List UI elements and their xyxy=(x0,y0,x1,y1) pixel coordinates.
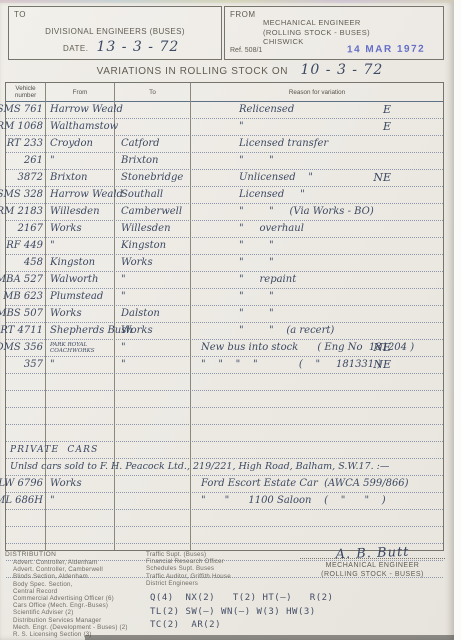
table-cell: DMS 356 xyxy=(6,340,45,356)
list-item: Mech. Engr. (Development - Buses) (2) xyxy=(13,624,128,631)
table-row: RM 2183WillesdenCamberwell" " (Via Works… xyxy=(6,204,443,221)
scan-noise-strip xyxy=(0,0,461,3)
table-rows: SMS 761Harrow WealdRelicensedERM 1068Wal… xyxy=(6,102,443,578)
table-cell: Kingston xyxy=(46,255,118,271)
table-cell: Kingston xyxy=(115,238,196,254)
table-row: SMS 761Harrow WealdRelicensedE xyxy=(6,102,443,119)
table-cell: 357 xyxy=(6,357,45,373)
distribution-title: DISTRIBUTION xyxy=(5,551,56,558)
list-item: District Engineers xyxy=(146,580,231,587)
table-row: 3872BrixtonStonebridgeUnlicensed "NE xyxy=(6,170,443,187)
table-row: RF 449"Kingston" " xyxy=(6,238,443,255)
table-cell: Unlsd cars sold to F. H. Peacock Ltd., 2… xyxy=(10,459,440,475)
table-cell: Willesden xyxy=(46,204,118,220)
list-item: Cars Office (Mech. Engr.-Buses) xyxy=(13,602,128,609)
list-item: Central Record xyxy=(13,588,128,595)
table-cell: " xyxy=(115,357,196,373)
page-title: VARIATIONS IN ROLLING STOCK ON 10 - 3 - … xyxy=(0,61,454,79)
distribution-list: Advert. Controller, AldenhamAdvert. Cont… xyxy=(13,559,128,638)
table-row: AML 686H"" " 1100 Saloon ( " " ) xyxy=(6,493,443,510)
table-cell: "E xyxy=(191,119,395,135)
table-row: RM 1068Walthamstow"E xyxy=(6,119,443,136)
table-cell: RM 2183 xyxy=(6,204,45,220)
table-row: 357""" " " " ( " 181331 )NE xyxy=(6,357,443,374)
list-item: Scientific Adviser (2) xyxy=(13,609,128,616)
table-cell: RT 233 xyxy=(6,136,45,152)
date-row: DATE. 13 - 3 - 72 xyxy=(63,39,179,55)
table-cell: Shepherds Bush xyxy=(46,323,118,339)
table-cell: SMS 761 xyxy=(6,102,45,118)
table-row xyxy=(6,510,443,527)
table-cell: " " (Via Works - BO) xyxy=(191,204,395,220)
table-cell: PARK ROYAL COACHWORKS xyxy=(46,340,118,358)
table-cell: Dalston xyxy=(115,306,196,322)
list-item: Advert. Controller, Camberwell xyxy=(13,566,128,573)
list-item: Commercial Advertising Officer (6) xyxy=(13,595,128,602)
list-item: Schedules Supt. Buses xyxy=(146,565,231,572)
scanned-paper: TO DIVISIONAL ENGINEERS (BUSES) DATE. 13… xyxy=(0,0,454,640)
title-printed: VARIATIONS IN ROLLING STOCK ON xyxy=(97,66,288,77)
table-row: MBS 507WorksDalston" " xyxy=(6,306,443,323)
table-cell: SMS 328 xyxy=(6,187,45,203)
from-label: FROM xyxy=(230,10,256,19)
table-header: Vehicle number From To Reason for variat… xyxy=(6,83,443,102)
table-cell: Licensed " xyxy=(191,187,395,203)
recipients-list: Traffic Supt. (Buses)Financial Research … xyxy=(146,551,231,587)
table-cell: Works xyxy=(46,306,118,322)
table-cell: " " xyxy=(191,289,395,305)
column-header-from: From xyxy=(46,83,114,101)
to-recipient: DIVISIONAL ENGINEERS (BUSES) xyxy=(9,27,221,36)
date-value: 13 - 3 - 72 xyxy=(96,39,179,55)
list-item: Body Spec. Section, xyxy=(13,581,128,588)
status-code: NE xyxy=(373,173,391,183)
list-item: Financial Research Officer xyxy=(146,558,231,565)
table-row: RT 4711Shepherds BushWorks" " (a recert) xyxy=(6,323,443,340)
status-code: E xyxy=(383,122,391,132)
table-cell: New bus into stock ( Eng No 181204 )NE xyxy=(191,340,395,356)
table-cell: " repaint xyxy=(191,272,395,288)
ref-number: Ref. 508/1 xyxy=(230,47,262,54)
table-cell: " " 1100 Saloon ( " " ) xyxy=(191,493,395,509)
table-cell: RM 1068 xyxy=(6,119,45,135)
status-code: NE xyxy=(373,343,391,353)
list-item: Advert. Controller, Aldenham xyxy=(13,559,128,566)
table-cell: 261 xyxy=(6,153,45,169)
signatory-title-2: (ROLLING STOCK - BUSES) xyxy=(300,570,445,579)
list-item: Traffic Auditor, Griffith House xyxy=(146,573,231,580)
table-cell: Ford Escort Estate Car (AWCA 599/866) xyxy=(191,476,395,492)
table-row xyxy=(6,527,443,544)
table-cell: Brixton xyxy=(115,153,196,169)
table-cell xyxy=(115,476,196,492)
list-item: Traffic Supt. (Buses) xyxy=(146,551,231,558)
table-cell: AML 686H xyxy=(6,493,45,509)
table-cell: Southall xyxy=(115,187,196,203)
table-cell: Catford xyxy=(115,136,196,152)
table-row: VLW 6796WorksFord Escort Estate Car (AWC… xyxy=(6,476,443,493)
table-cell: " xyxy=(46,153,118,169)
table-row: MB 623Plumstead"" " xyxy=(6,289,443,306)
table-cell: " xyxy=(115,289,196,305)
signature-block: A. B. Butt MECHANICAL ENGINEER (ROLLING … xyxy=(300,546,445,579)
table-cell xyxy=(115,119,196,135)
table-cell: " " xyxy=(191,306,395,322)
table-cell: 3872 xyxy=(6,170,45,186)
title-date: 10 - 3 - 72 xyxy=(301,62,384,78)
list-item: Q(4) NX(2) T(2) HT(–) R(2) xyxy=(150,592,333,606)
table-cell: Works xyxy=(46,221,118,237)
table-cell: Works xyxy=(46,476,118,492)
table-cell: PRIVATE CARS xyxy=(10,442,440,458)
column-header-reason: Reason for variation xyxy=(191,83,443,101)
from-line-2: (ROLLING STOCK - BUSES) xyxy=(263,28,370,38)
scanner-background xyxy=(454,0,461,640)
date-stamp: 14 MAR 1972 xyxy=(347,44,425,56)
from-line-1: MECHANICAL ENGINEER xyxy=(263,18,370,28)
table-cell: RelicensedE xyxy=(191,102,395,118)
status-code: NE xyxy=(373,360,391,370)
column-header-to: To xyxy=(115,83,190,101)
table-cell: MBS 507 xyxy=(6,306,45,322)
to-label: TO xyxy=(14,10,26,19)
list-item: Distribution Services Manager xyxy=(13,617,128,624)
table-cell: " " " " ( " 181331 )NE xyxy=(191,357,395,373)
table-cell: " xyxy=(115,272,196,288)
table-row: 2167WorksWillesden" overhaul xyxy=(6,221,443,238)
table-row xyxy=(6,374,443,391)
table-cell: MB 623 xyxy=(6,289,45,305)
table-cell: " xyxy=(46,357,118,373)
table-cell: Stonebridge xyxy=(115,170,196,186)
table-row: MBA 527Walworth"" repaint xyxy=(6,272,443,289)
table-cell: Licensed transfer xyxy=(191,136,395,152)
from-box: FROM MECHANICAL ENGINEER (ROLLING STOCK … xyxy=(224,6,444,60)
table-cell xyxy=(115,493,196,509)
table-cell: Willesden xyxy=(115,221,196,237)
table-cell: " " xyxy=(191,153,395,169)
table-cell: MBA 527 xyxy=(6,272,45,288)
table-cell: Camberwell xyxy=(115,204,196,220)
list-item: TL(2) SW(–) WN(–) W(3) HW(3) xyxy=(150,606,333,620)
list-item: Blinds Section, Aldenham xyxy=(13,573,128,580)
table-cell: Walthamstow xyxy=(46,119,118,135)
table-row xyxy=(6,391,443,408)
table-cell: " " xyxy=(191,238,395,254)
to-box: TO DIVISIONAL ENGINEERS (BUSES) DATE. 13… xyxy=(8,6,222,60)
table-cell: Unlicensed "NE xyxy=(191,170,395,186)
table-cell: " xyxy=(46,493,118,509)
table-row xyxy=(6,408,443,425)
table-cell: Plumstead xyxy=(46,289,118,305)
table-cell: VLW 6796 xyxy=(6,476,45,492)
table-row: PRIVATE CARS xyxy=(6,442,443,459)
table-cell: Works xyxy=(115,323,196,339)
date-label: DATE. xyxy=(63,44,88,53)
variations-table: Vehicle number From To Reason for variat… xyxy=(5,82,444,551)
from-address: MECHANICAL ENGINEER (ROLLING STOCK - BUS… xyxy=(263,18,370,47)
table-row: 458KingstonWorks" " xyxy=(6,255,443,272)
table-cell: " " xyxy=(191,255,395,271)
table-cell: 458 xyxy=(6,255,45,271)
list-item: TC(2) AR(2) xyxy=(150,619,333,633)
table-cell: RF 449 xyxy=(6,238,45,254)
table-cell: RT 4711 xyxy=(6,323,45,339)
table-row: RT 233CroydonCatfordLicensed transfer xyxy=(6,136,443,153)
table-row: 261"Brixton" " xyxy=(6,153,443,170)
table-cell: Works xyxy=(115,255,196,271)
distribution-codes: Q(4) NX(2) T(2) HT(–) R(2)TL(2) SW(–) WN… xyxy=(150,592,333,633)
status-code: E xyxy=(383,105,391,115)
column-header-vehicle: Vehicle number xyxy=(6,83,45,101)
table-cell: 2167 xyxy=(6,221,45,237)
table-cell: " " (a recert) xyxy=(191,323,395,339)
table-cell: Croydon xyxy=(46,136,118,152)
table-row: DMS 356PARK ROYAL COACHWORKS"New bus int… xyxy=(6,340,443,357)
table-cell: " xyxy=(115,340,196,356)
table-row: SMS 328Harrow WealdSouthallLicensed " xyxy=(6,187,443,204)
table-row xyxy=(6,425,443,442)
table-cell: " xyxy=(46,238,118,254)
table-cell: Harrow Weald xyxy=(46,187,118,203)
table-cell: " overhaul xyxy=(191,221,395,237)
table-cell xyxy=(115,102,196,118)
table-cell: Walworth xyxy=(46,272,118,288)
table-cell: Brixton xyxy=(46,170,118,186)
scan-bottom-shadow xyxy=(85,635,454,640)
table-cell: Harrow Weald xyxy=(46,102,118,118)
table-row: Unlsd cars sold to F. H. Peacock Ltd., 2… xyxy=(6,459,443,476)
